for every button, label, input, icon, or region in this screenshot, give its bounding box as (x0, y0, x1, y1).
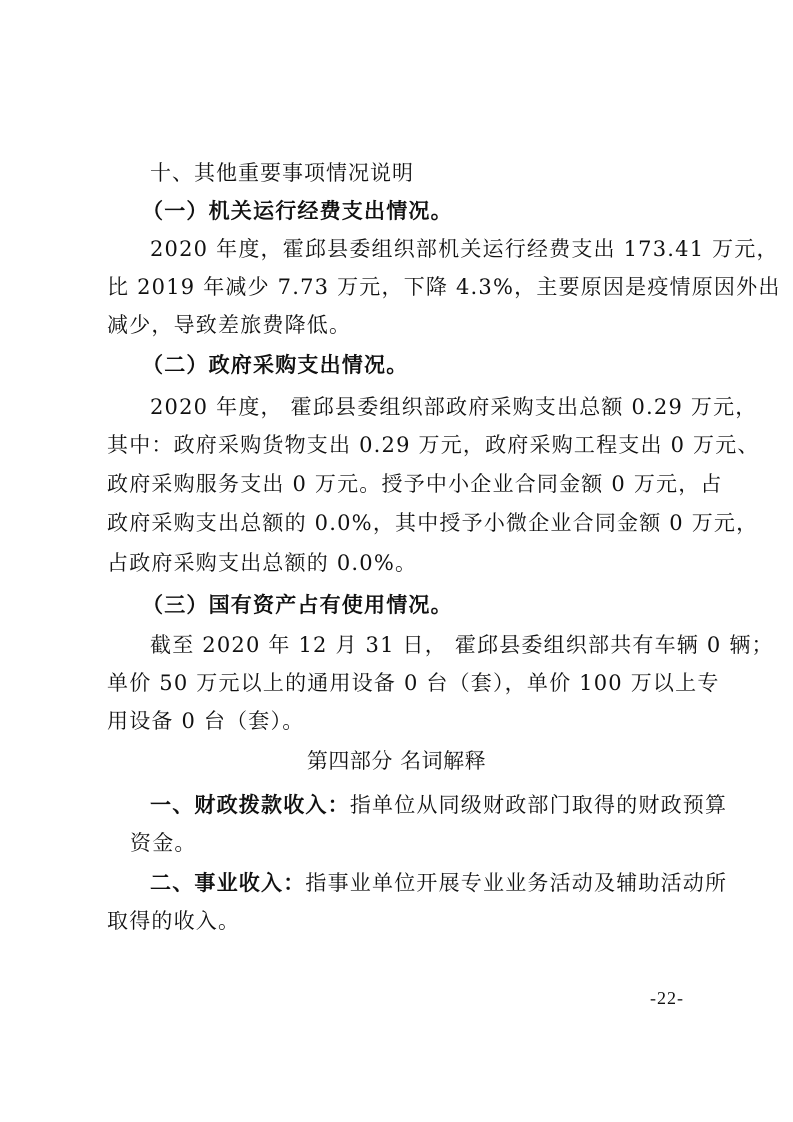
paragraph-line: 单价 50 万元以上的通用设备 0 台（套），单价 100 万以上专 (107, 670, 693, 696)
term-label: 二、事业收入： (150, 871, 305, 895)
page-number: -22- (650, 988, 684, 1009)
section-heading: 十、其他重要事项情况说明 (150, 160, 693, 186)
term-definition: 一、财政拨款收入：指单位从同级财政部门取得的财政预算 (150, 792, 693, 818)
document-page: 十、其他重要事项情况说明 （一）机关运行经费支出情况。 2020 年度，霍邱县委… (0, 0, 793, 1122)
paragraph-line: 资金。 (130, 830, 716, 856)
term-text: 指事业单位开展专业业务活动及辅助活动所 (305, 871, 727, 895)
paragraph-line: 减少，导致差旅费降低。 (107, 312, 693, 338)
term-text: 指单位从同级财政部门取得的财政预算 (350, 793, 727, 817)
paragraph-line: 截至 2020 年 12 月 31 日， 霍邱县委组织部共有车辆 0 辆； (150, 632, 693, 658)
paragraph-line: 政府采购服务支出 0 万元。授予中小企业合同金额 0 万元，占 (107, 471, 693, 497)
paragraph-line: 2020 年度，霍邱县委组织部机关运行经费支出 173.41 万元， (150, 236, 693, 262)
paragraph-line: 政府采购支出总额的 0.0%，其中授予小微企业合同金额 0 万元， (107, 510, 693, 536)
paragraph-line: 2020 年度， 霍邱县委组织部政府采购支出总额 0.29 万元， (150, 394, 693, 420)
term-label: 一、财政拨款收入： (150, 793, 350, 817)
subsection-2-heading: （二）政府采购支出情况。 (142, 352, 728, 378)
paragraph-line: 占政府采购支出总额的 0.0%。 (107, 550, 693, 576)
term-definition: 二、事业收入：指事业单位开展专业业务活动及辅助活动所 (150, 870, 693, 896)
part-title: 第四部分 名词解释 (0, 748, 793, 774)
paragraph-line: 比 2019 年减少 7.73 万元，下降 4.3%，主要原因是疫情原因外出 (107, 274, 693, 300)
subsection-1-heading: （一）机关运行经费支出情况。 (142, 198, 728, 224)
subsection-3-heading: （三）国有资产占有使用情况。 (142, 592, 728, 618)
paragraph-line: 取得的收入。 (107, 908, 693, 934)
paragraph-line: 其中：政府采购货物支出 0.29 万元，政府采购工程支出 0 万元、 (107, 432, 693, 458)
paragraph-line: 用设备 0 台（套）。 (107, 708, 693, 734)
